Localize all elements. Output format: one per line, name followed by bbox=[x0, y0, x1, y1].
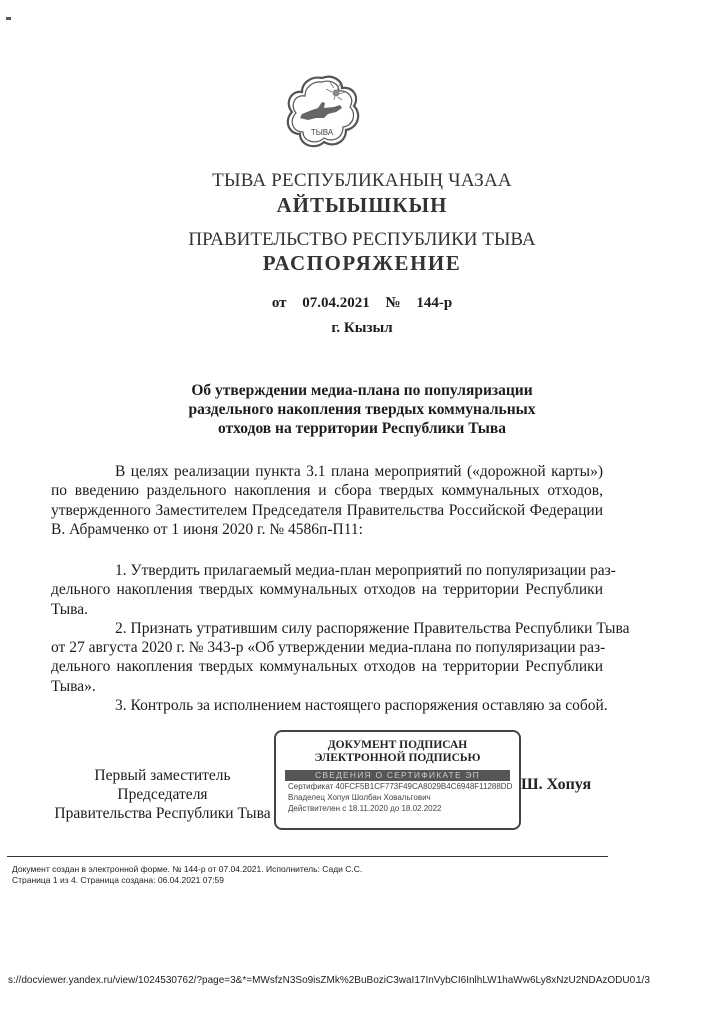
preamble-line: В. Абрамченко от 1 июня 2020 г. № 4586п-… bbox=[51, 520, 603, 539]
preamble-line: по введению раздельного накопления и сбо… bbox=[51, 481, 603, 500]
document-subject: Об утверждении медиа-плана по популяриза… bbox=[0, 381, 724, 438]
item-line: 3. Контроль за исполнением настоящего ра… bbox=[51, 696, 603, 715]
order-item-2: 2. Признать утратившим силу распоряжение… bbox=[51, 619, 603, 696]
preamble-paragraph: В целях реализации пункта 3.1 плана меро… bbox=[51, 462, 603, 539]
item-line: Тыва». bbox=[51, 677, 603, 696]
stamp-title-line: ЭЛЕКТРОННОЙ ПОДПИСЬЮ bbox=[276, 752, 519, 765]
order-items: 1. Утвердить прилагаемый медиа-план меро… bbox=[51, 561, 603, 715]
document-date-number: от 07.04.2021 № 144-р bbox=[0, 295, 724, 312]
tuva-emblem-icon: ТЫВА bbox=[282, 72, 362, 152]
item-line: Тыва. bbox=[51, 600, 603, 619]
document-date: 07.04.2021 bbox=[302, 295, 370, 312]
document-city: г. Кызыл bbox=[0, 320, 724, 337]
document-number: 144-р bbox=[416, 295, 452, 312]
signatory-position: Первый заместитель Председателя Правител… bbox=[50, 766, 275, 823]
position-line: Правительства Республики Тыва bbox=[50, 804, 275, 823]
subject-line: раздельного накопления твердых коммуналь… bbox=[0, 400, 724, 419]
from-label: от bbox=[272, 295, 287, 312]
svg-text:ТЫВА: ТЫВА bbox=[311, 128, 334, 137]
signatory-name: Ш. Хопуя bbox=[521, 776, 591, 794]
item-line: от 27 августа 2020 г. № 343-р «Об утверж… bbox=[51, 638, 603, 657]
footer-line: Документ создан в электронной форме. № 1… bbox=[12, 864, 362, 875]
header-tuvan-government: ТЫВА РЕСПУБЛИКАНЫҢ ЧАЗАА bbox=[0, 170, 724, 192]
item-line: дельного накопления твердых коммунальных… bbox=[51, 657, 603, 676]
stamp-title-line: ДОКУМЕНТ ПОДПИСАН bbox=[276, 739, 519, 752]
certificate-header: СВЕДЕНИЯ О СЕРТИФИКАТЕ ЭП bbox=[285, 770, 510, 781]
subject-line: отходов на территории Республики Тыва bbox=[0, 419, 724, 438]
position-line: Первый заместитель Председателя bbox=[50, 766, 275, 804]
footer-divider bbox=[7, 856, 608, 857]
certificate-owner: Владелец Хопуя Шолбан Ховальгович bbox=[288, 792, 519, 803]
item-line: дельного накопления твердых коммунальных… bbox=[51, 580, 603, 599]
subject-line: Об утверждении медиа-плана по популяриза… bbox=[0, 381, 724, 400]
electronic-signature-stamp: ДОКУМЕНТ ПОДПИСАН ЭЛЕКТРОННОЙ ПОДПИСЬЮ С… bbox=[274, 730, 521, 830]
order-item-3: 3. Контроль за исполнением настоящего ра… bbox=[51, 696, 603, 715]
preamble-line: В целях реализации пункта 3.1 плана меро… bbox=[51, 462, 603, 481]
print-page-indicator: 1/3 bbox=[636, 975, 650, 986]
header-tuvan-order: АЙТЫЫШКЫН bbox=[0, 193, 724, 218]
header-government: ПРАВИТЕЛЬСТВО РЕСПУБЛИКИ ТЫВА bbox=[0, 229, 724, 251]
scan-artifact bbox=[6, 17, 11, 20]
footer-line: Страница 1 из 4. Страница создана: 06.04… bbox=[12, 875, 362, 886]
stamp-title: ДОКУМЕНТ ПОДПИСАН ЭЛЕКТРОННОЙ ПОДПИСЬЮ bbox=[276, 739, 519, 765]
document-type-title: РАСПОРЯЖЕНИЕ bbox=[0, 251, 724, 276]
item-line: 2. Признать утратившим силу распоряжение… bbox=[51, 619, 603, 638]
item-line: 1. Утвердить прилагаемый медиа-план меро… bbox=[51, 561, 603, 580]
print-url: s://docviewer.yandex.ru/view/1024530762/… bbox=[8, 975, 644, 986]
order-item-1: 1. Утвердить прилагаемый медиа-план меро… bbox=[51, 561, 603, 619]
certificate-number: Сертификат 40FCF5B1CF773F49CA8029B4C6948… bbox=[288, 781, 519, 792]
number-label: № bbox=[386, 295, 401, 312]
document-footer: Документ создан в электронной форме. № 1… bbox=[12, 864, 362, 886]
certificate-validity: Действителен с 18.11.2020 до 18.02.2022 bbox=[288, 803, 519, 814]
preamble-line: утвержденного Заместителем Председателя … bbox=[51, 501, 603, 520]
